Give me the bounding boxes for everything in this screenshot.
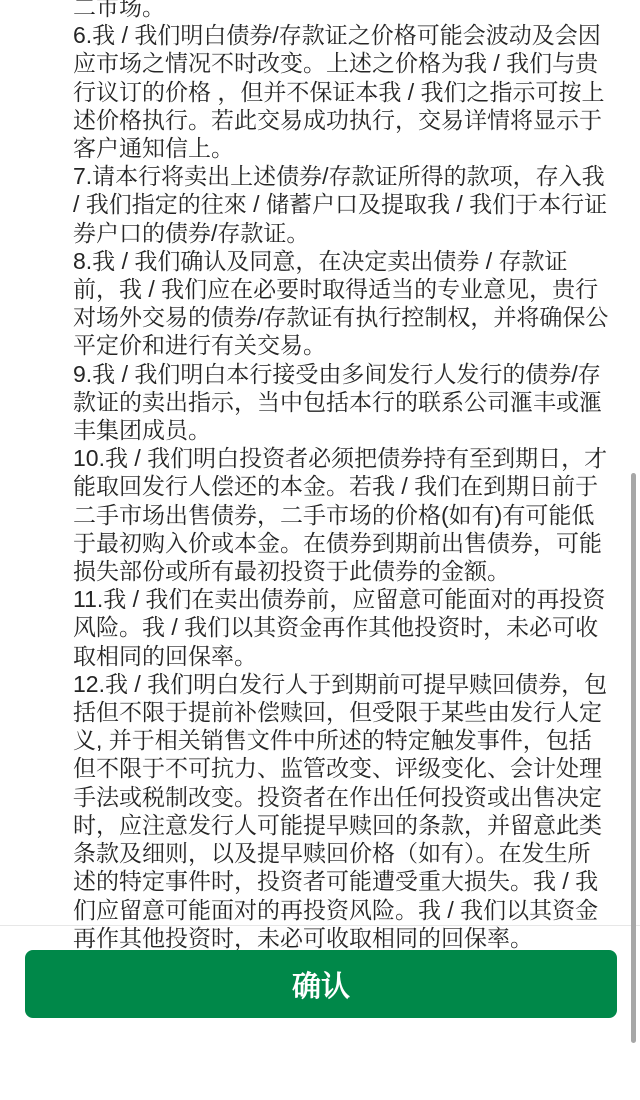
terms-paragraph: 6.我 / 我们明白债券/存款证之价格可能会波动及会因应市场之情况不时改变。上述…: [73, 21, 613, 162]
terms-paragraph-fragment: 二市场。: [73, 0, 613, 21]
terms-paragraph: 7.请本行将卖出上述债券/存款证所得的款项，存入我 / 我们指定的往來 / 储蓄…: [73, 162, 613, 247]
terms-paragraph: 8.我 / 我们确认及同意，在决定卖出债券 / 存款证前，我 / 我们应在必要时…: [73, 247, 613, 360]
terms-paragraph: 12.我 / 我们明白发行人于到期前可提早赎回债券，包括但不限于提前补偿赎回，但…: [73, 670, 613, 952]
footer-divider: [0, 925, 640, 926]
terms-list: 6.我 / 我们明白债券/存款证之价格可能会波动及会因应市场之情况不时改变。上述…: [73, 21, 613, 952]
terms-paragraph: 9.我 / 我们明白本行接受由多间发行人发行的债券/存款证的卖出指示，当中包括本…: [73, 360, 613, 445]
terms-screen: 二市场。 6.我 / 我们明白债券/存款证之价格可能会波动及会因应市场之情况不时…: [0, 0, 640, 1100]
terms-text-area: 二市场。 6.我 / 我们明白债券/存款证之价格可能会波动及会因应市场之情况不时…: [0, 0, 640, 952]
scrollbar-thumb[interactable]: [631, 473, 636, 1043]
terms-paragraph: 11.我 / 我们在卖出债券前，应留意可能面对的再投资风险。我 / 我们以其资金…: [73, 585, 613, 670]
terms-paragraph: 10.我 / 我们明白投资者必须把债券持有至到期日，才能取回发行人偿还的本金。若…: [73, 444, 613, 585]
confirm-button[interactable]: 确认: [25, 950, 617, 1018]
